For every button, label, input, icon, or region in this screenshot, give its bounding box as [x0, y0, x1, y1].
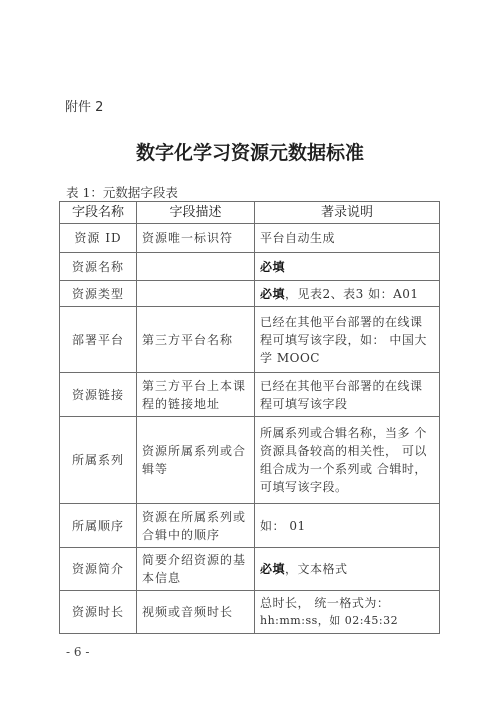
table-row: 资源 ID 资源唯一标识符 平台自动生成	[60, 224, 440, 253]
field-name-cell: 资源简介	[60, 548, 137, 591]
page-number: - 6 -	[66, 645, 89, 659]
field-description-cell: 第三方平台上本课程的链接地址	[137, 373, 255, 417]
field-name-cell: 所属系列	[60, 417, 137, 504]
column-header-field-name: 字段名称	[60, 202, 137, 224]
metadata-field-table: 字段名称 字段描述 著录说明 资源 ID 资源唯一标识符 平台自动生成 资源名称…	[59, 201, 440, 634]
table-row: 部署平台 第三方平台名称 已经在其他平台部署的在线课程可填写该字段，如： 中国大…	[60, 307, 440, 373]
cataloging-note-cell: 如： 01	[255, 504, 440, 548]
note-text: 所属系列或合辑名称，当多 个资源具备较高的相关性， 可以组合成为一个系列或 合辑…	[260, 426, 427, 494]
field-name-cell: 资源 ID	[60, 224, 137, 253]
table-caption: 表 1：元数据字段表	[66, 183, 178, 201]
field-description-cell: 视频或音频时长	[137, 591, 255, 634]
field-name-cell: 资源类型	[60, 281, 137, 307]
column-header-cataloging-notes: 著录说明	[255, 202, 440, 224]
field-description-cell	[137, 253, 255, 281]
table-header-row: 字段名称 字段描述 著录说明	[60, 202, 440, 224]
cataloging-note-cell: 已经在其他平台部署的在线课程可填写该字段，如： 中国大学 MOOC	[255, 307, 440, 373]
table-row: 资源链接 第三方平台上本课程的链接地址 已经在其他平台部署的在线课程可填写该字段	[60, 373, 440, 417]
table-row: 资源简介 简要介绍资源的基本信息 必填，文本格式	[60, 548, 440, 591]
required-label: 必填	[260, 562, 285, 576]
note-text: 平台自动生成	[260, 231, 335, 245]
cataloging-note-cell: 必填，见表2、表3 如：A01	[255, 281, 440, 307]
field-name-cell: 所属顺序	[60, 504, 137, 548]
field-description-cell: 简要介绍资源的基本信息	[137, 548, 255, 591]
cataloging-note-cell: 所属系列或合辑名称，当多 个资源具备较高的相关性， 可以组合成为一个系列或 合辑…	[255, 417, 440, 504]
document-title: 数字化学习资源元数据标准	[0, 138, 500, 165]
cataloging-note-cell: 必填，文本格式	[255, 548, 440, 591]
note-text: ，文本格式	[285, 562, 348, 576]
field-name-cell: 资源链接	[60, 373, 137, 417]
field-description-cell: 第三方平台名称	[137, 307, 255, 373]
cataloging-note-cell: 总时长， 统一格式为：hh:mm:ss，如 02:45:32	[255, 591, 440, 634]
table-row: 资源名称 必填	[60, 253, 440, 281]
table-row: 资源时长 视频或音频时长 总时长， 统一格式为：hh:mm:ss，如 02:45…	[60, 591, 440, 634]
column-header-field-description: 字段描述	[137, 202, 255, 224]
field-name-cell: 资源时长	[60, 591, 137, 634]
table-row: 所属顺序 资源在所属系列或合辑中的顺序 如： 01	[60, 504, 440, 548]
cataloging-note-cell: 已经在其他平台部署的在线课程可填写该字段	[255, 373, 440, 417]
field-description-cell	[137, 281, 255, 307]
note-text: 已经在其他平台部署的在线课程可填写该字段	[260, 379, 423, 411]
field-description-cell: 资源所属系列或合辑等	[137, 417, 255, 504]
table-row: 资源类型 必填，见表2、表3 如：A01	[60, 281, 440, 307]
field-name-cell: 部署平台	[60, 307, 137, 373]
note-text: 总时长， 统一格式为：	[260, 594, 434, 612]
note-text: 已经在其他平台部署的在线课程可填写该字段，如： 中国大学 MOOC	[260, 315, 427, 365]
field-name-cell: 资源名称	[60, 253, 137, 281]
note-text-format: hh:mm:ss，如 02:45:32	[260, 612, 434, 630]
note-text: 如： 01	[260, 519, 306, 533]
cataloging-note-cell: 平台自动生成	[255, 224, 440, 253]
attachment-label: 附件 2	[65, 96, 103, 115]
required-label: 必填	[260, 260, 285, 274]
field-description-cell: 资源唯一标识符	[137, 224, 255, 253]
field-description-cell: 资源在所属系列或合辑中的顺序	[137, 504, 255, 548]
note-text: ，见表2、表3 如：A01	[285, 287, 419, 301]
cataloging-note-cell: 必填	[255, 253, 440, 281]
table-row: 所属系列 资源所属系列或合辑等 所属系列或合辑名称，当多 个资源具备较高的相关性…	[60, 417, 440, 504]
required-label: 必填	[260, 287, 285, 301]
